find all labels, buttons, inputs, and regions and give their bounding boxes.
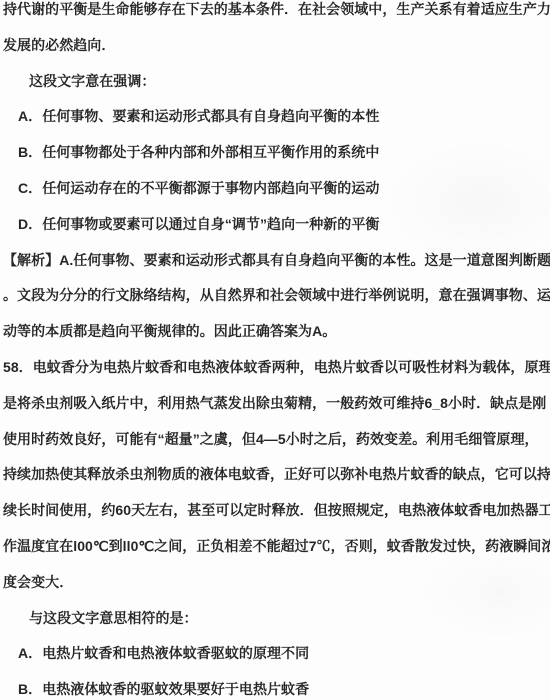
document-page: 持代谢的平衡是生命能够存在下去的基本条件．在社会领域中，生产关系有着适应生产力发…	[0, 0, 550, 700]
passage-line: 持续加热使其释放杀虫剂物质的液体电蚊香，正好可以弥补电热片蚊香的缺点，它可以持	[0, 457, 550, 493]
question-57-section: 持代谢的平衡是生命能够存在下去的基本条件．在社会领域中，生产关系有着适应生产力发…	[0, 0, 550, 350]
analysis-line: 【解析】A.任何事物、要素和运动形式都具有自身趋向平衡的本性。这是一道意图判断题	[0, 243, 550, 279]
question-58-passage: 58．电蚊香分为电热片蚊香和电热液体蚊香两种，电热片蚊香以可吸性材料为载体，原理…	[0, 350, 550, 601]
question-57-analysis: 【解析】A.任何事物、要素和运动形式都具有自身趋向平衡的本性。这是一道意图判断题…	[0, 243, 550, 350]
passage-line: 作温度宜在l00℃到ll0℃之间，正负相差不能超过7℃，否则，蚊香散发过快，药液…	[0, 529, 550, 565]
question-58-options: A．电热片蚊香和电热液体蚊香驱蚊的原理不同B．电热液体蚊香的驱蚊效果要好于电热片…	[0, 636, 550, 700]
question-57-prompt: 这段文字意在强调：	[0, 64, 550, 100]
answer-option-line: A．电热片蚊香和电热液体蚊香驱蚊的原理不同	[0, 636, 550, 672]
analysis-line: 。文段为分分的行文脉络结构，从自然界和社会领域中进行举例说明，意在强调事物、运	[0, 278, 550, 314]
answer-option-line: B．电热液体蚊香的驱蚊效果要好于电热片蚊香	[0, 672, 550, 700]
answer-option-line: B．任何事物都处于各种内部和外部相互平衡作用的系统中	[0, 135, 550, 171]
passage-line: 是将杀虫剂吸入纸片中，利用热气蒸发出除虫菊精，一般药效可维持6_8小时．缺点是刚	[0, 386, 550, 422]
passage-line: 发展的必然趋向．	[0, 28, 550, 64]
passage-line: 续长时间使用，约60天左右，甚至可以定时释放．但按照规定，电热液体蚊香电加热器工	[0, 493, 550, 529]
passage-line: 58．电蚊香分为电热片蚊香和电热液体蚊香两种，电热片蚊香以可吸性材料为载体，原理	[0, 350, 550, 386]
passage-line: 使用时药效良好，可能有“超量”之虞，但4—5小时之后，药效变差。利用毛细管原理，	[0, 422, 550, 458]
answer-option-line: D．任何事物或要素可以通过自身“调节”趋向一种新的平衡	[0, 207, 550, 243]
question-57-options: A．任何事物、要素和运动形式都具有自身趋向平衡的本性B．任何事物都处于各种内部和…	[0, 99, 550, 242]
answer-option-line: C．任何运动存在的不平衡都源于事物内部趋向平衡的运动	[0, 171, 550, 207]
passage-line: 度会变大．	[0, 565, 550, 601]
passage-line: 持代谢的平衡是生命能够存在下去的基本条件．在社会领域中，生产关系有着适应生产力	[0, 0, 550, 28]
analysis-line: 动等的本质都是趋向平衡规律的。因此正确答案为A。	[0, 314, 550, 350]
question-57-passage-continuation: 持代谢的平衡是生命能够存在下去的基本条件．在社会领域中，生产关系有着适应生产力发…	[0, 0, 550, 64]
answer-option-line: A．任何事物、要素和运动形式都具有自身趋向平衡的本性	[0, 99, 550, 135]
question-58-prompt: 与这段文字意思相符的是：	[0, 601, 550, 637]
question-58-section: 58．电蚊香分为电热片蚊香和电热液体蚊香两种，电热片蚊香以可吸性材料为载体，原理…	[0, 350, 550, 700]
